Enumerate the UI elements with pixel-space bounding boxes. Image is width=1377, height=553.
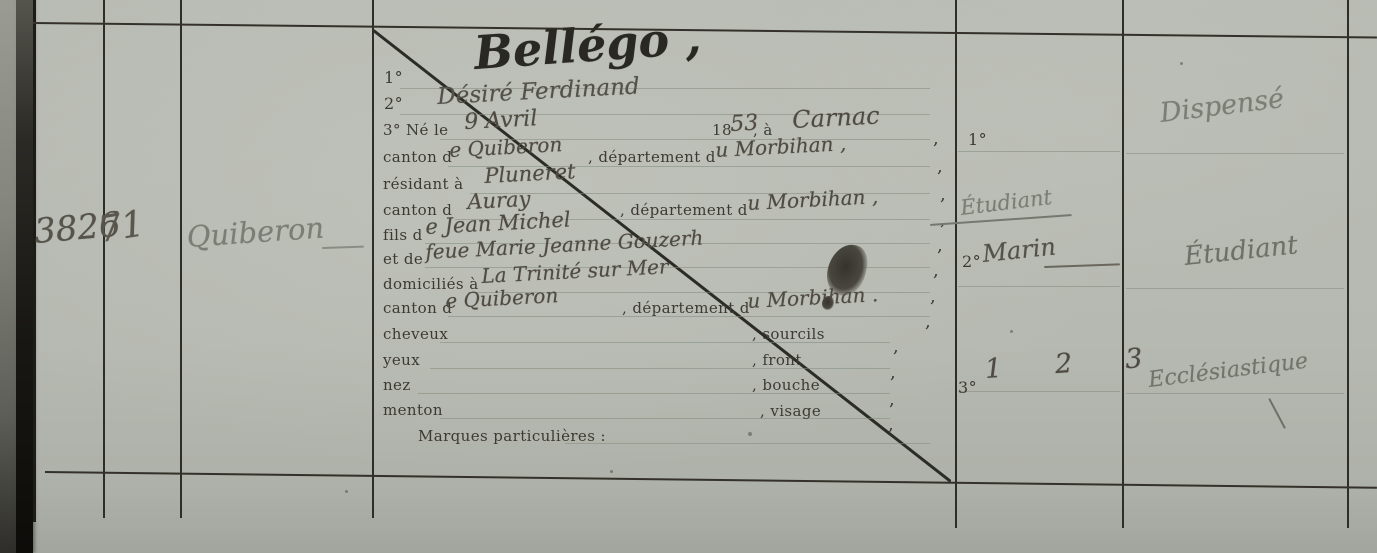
- printed-label-2: 2°: [962, 252, 981, 271]
- fill-line: [1126, 153, 1344, 154]
- line-end-comma: ,: [888, 414, 894, 435]
- pen-flourish: [322, 246, 364, 249]
- line-end-comma: ,: [893, 336, 899, 357]
- line-end-comma: ,: [937, 235, 943, 256]
- speck: [1010, 330, 1013, 333]
- fill-line: [440, 418, 890, 419]
- given-names: Désiré Ferdinand: [437, 73, 641, 110]
- residence-departement: u Morbihan ,: [747, 184, 879, 215]
- speck: [610, 470, 613, 473]
- printed-label: résidant à: [383, 175, 464, 193]
- printed-label: 1°: [384, 68, 403, 87]
- domicile-canton: e Quiberon: [445, 283, 559, 313]
- line-end-comma: ,: [889, 389, 895, 410]
- crossed-entry-etudiant: Étudiant: [959, 185, 1053, 220]
- column-line-5: [955, 0, 957, 528]
- line-end-comma: ,: [937, 156, 943, 177]
- birth-canton: e Quiberon: [449, 132, 563, 162]
- line-end-comma: ,: [933, 128, 939, 149]
- fill-line: [958, 286, 1120, 287]
- printed-label-2: , bouche: [752, 376, 820, 394]
- column-line-3: [180, 0, 182, 518]
- page-edge-shadow: [0, 0, 16, 553]
- line-end-comma: ,: [933, 260, 939, 281]
- book-binding-edge: [16, 0, 33, 553]
- register-page-scan: 3826 71 Quiberon Bellégo , Désiré Ferdin…: [0, 0, 1377, 553]
- canton-entry: Quiberon: [186, 210, 325, 254]
- speck: [748, 432, 752, 436]
- verdict-etudiant: Étudiant: [1183, 230, 1299, 272]
- line-end-comma: ,: [940, 184, 946, 205]
- printed-label: Marques particulières :: [418, 427, 606, 445]
- printed-label: yeux: [383, 351, 420, 369]
- pen-flourish: [1269, 398, 1286, 429]
- printed-label-2: , front: [752, 351, 802, 369]
- printed-label: fils d: [383, 226, 423, 244]
- lot-number: 71: [96, 203, 148, 251]
- column-line-4: [372, 0, 374, 518]
- fill-line: [430, 368, 890, 369]
- printed-label: canton d: [383, 299, 452, 317]
- printed-departement: , département d: [588, 148, 716, 166]
- printed-label: cheveux: [383, 325, 448, 343]
- surname: Bellégo ,: [472, 10, 702, 80]
- printed-label-2: , sourcils: [752, 325, 825, 343]
- row-top-rule: [33, 22, 1377, 39]
- speck: [345, 490, 348, 493]
- fill-line: [958, 391, 1120, 392]
- column-line-2: [103, 0, 105, 518]
- verdict-dispense: Dispensé: [1158, 83, 1285, 129]
- column-line-1: [33, 0, 36, 522]
- line-end-comma: ,: [930, 286, 936, 307]
- printed-label: nez: [383, 376, 411, 394]
- printed-label: menton: [383, 401, 443, 419]
- line-end-comma: ,: [890, 362, 896, 383]
- fill-line: [958, 151, 1120, 152]
- printed-label-3: 3°: [958, 378, 977, 397]
- entry-1-2-3: 1 2 3: [984, 342, 1156, 385]
- printed-label: 3° Né le: [383, 121, 448, 139]
- residence: Pluneret: [484, 159, 576, 188]
- verdict-ecclesiastique: Ecclésiastique: [1147, 349, 1309, 393]
- column-line-7: [1347, 0, 1349, 528]
- printed-departement: , département d: [622, 299, 750, 317]
- printed-label-1: 1°: [968, 130, 987, 149]
- speck: [1180, 62, 1183, 65]
- printed-departement: , département d: [620, 201, 748, 219]
- fill-line: [565, 443, 930, 444]
- printed-label: 2°: [384, 94, 403, 113]
- birth-place: Carnac: [792, 101, 881, 134]
- line-end-comma: ,: [925, 311, 931, 332]
- fill-line: [1126, 393, 1344, 394]
- line-end-comma: ,: [940, 209, 946, 230]
- row-bottom-rule: [45, 471, 1377, 489]
- printed-label: canton d: [383, 148, 452, 166]
- strikethrough-stroke: [930, 214, 1072, 225]
- entry-marin: Marin: [981, 232, 1057, 268]
- column-line-6: [1122, 0, 1124, 528]
- birth-day-month: 9 Avril: [464, 106, 538, 135]
- fill-line: [1126, 288, 1344, 289]
- pen-dash: [1044, 263, 1120, 267]
- printed-label: et de: [383, 250, 423, 268]
- printed-label-2: , visage: [760, 402, 821, 420]
